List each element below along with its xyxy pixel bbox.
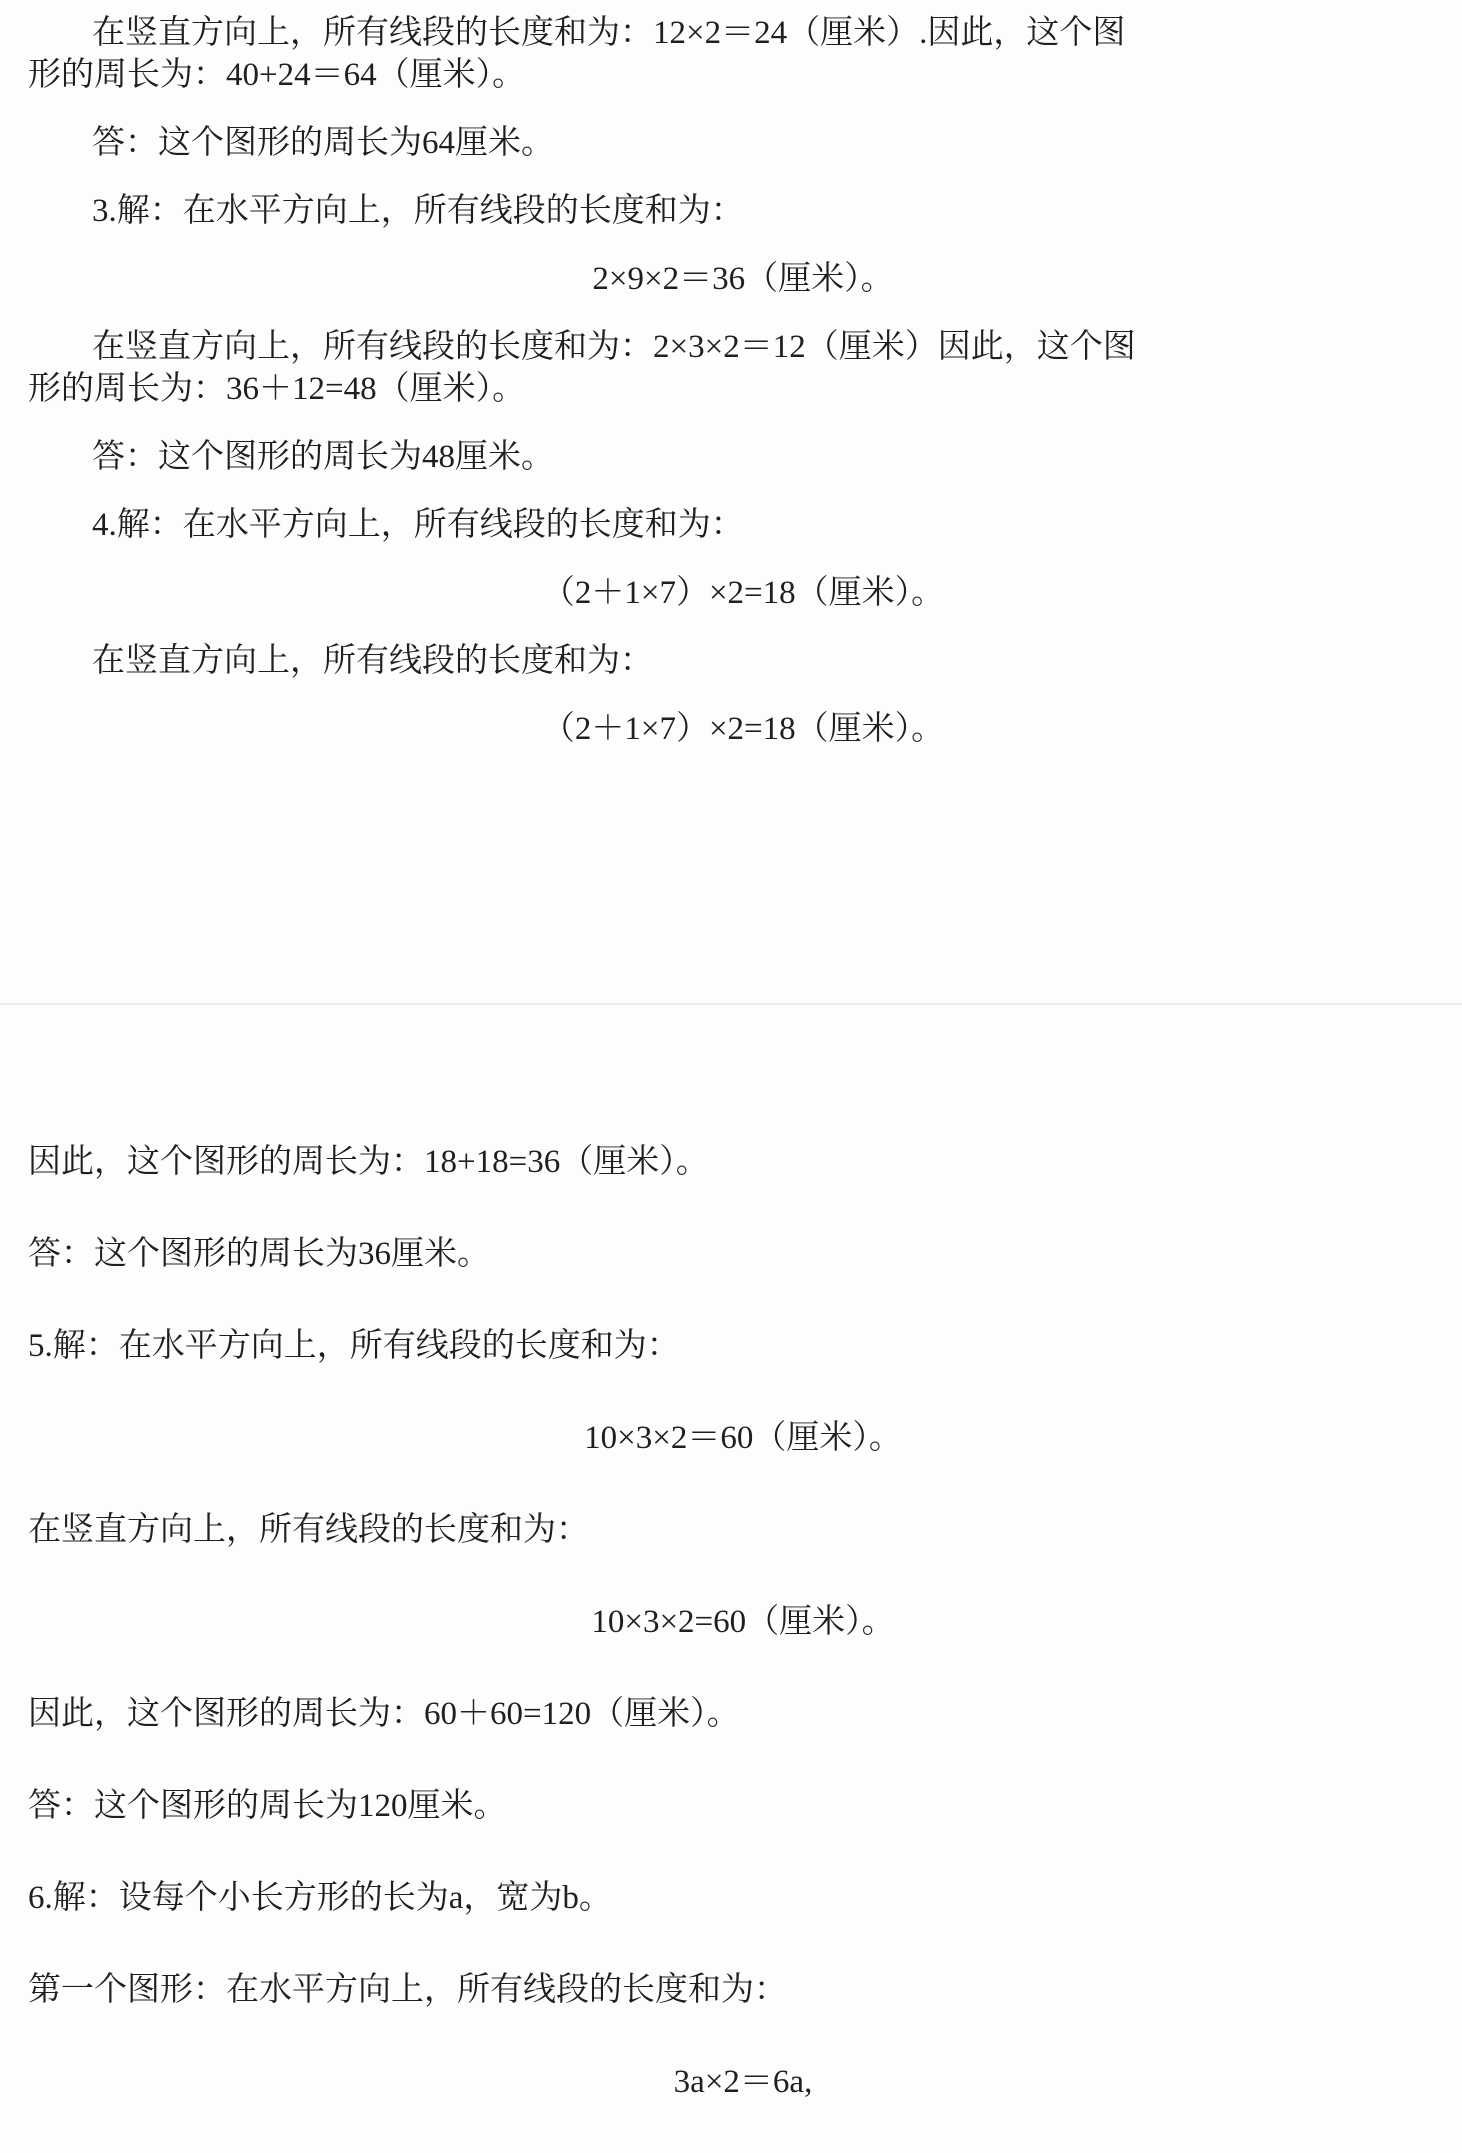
scanned-page-1: 在竖直方向上，所有线段的长度和为：12×2＝24（厘米）.因此，这个图 形的周长… [0, 0, 1462, 750]
problem3-horizontal-equation: 2×9×2＝36（厘米）。 [28, 258, 1458, 300]
problem4-vertical-equation: （2＋1×7）×2=18（厘米）。 [28, 708, 1458, 750]
problem5-conclusion-line: 因此，这个图形的周长为：60＋60=120（厘米）。 [28, 1693, 1458, 1735]
answer4-line: 答：这个图形的周长为36厘米。 [28, 1233, 1458, 1275]
answer5-line: 答：这个图形的周长为120厘米。 [28, 1785, 1458, 1827]
problem6-heading: 6.解：设每个小长方形的长为a，宽为b。 [28, 1877, 1458, 1919]
solution2-vertical-paragraph: 在竖直方向上，所有线段的长度和为：12×2＝24（厘米）.因此，这个图 形的周长… [28, 12, 1458, 96]
problem6-horizontal-equation: 3a×2＝6a, [28, 2061, 1458, 2103]
answer2-line: 答：这个图形的周长为64厘米。 [28, 122, 1458, 164]
solution3-vertical-line1: 在竖直方向上，所有线段的长度和为：2×3×2＝12（厘米）因此，这个图 [28, 326, 1458, 368]
answer3-line: 答：这个图形的周长为48厘米。 [28, 436, 1458, 478]
problem5-heading: 5.解：在水平方向上，所有线段的长度和为： [28, 1325, 1458, 1367]
problem5-vertical-intro: 在竖直方向上，所有线段的长度和为： [28, 1509, 1458, 1551]
solution2-vertical-line2: 形的周长为：40+24＝64（厘米）。 [28, 54, 1458, 96]
scanned-page-2: 因此，这个图形的周长为：18+18=36（厘米）。 答：这个图形的周长为36厘米… [0, 1005, 1462, 2103]
problem6-figure1-intro: 第一个图形：在水平方向上，所有线段的长度和为： [28, 1969, 1458, 2011]
problem5-horizontal-equation: 10×3×2＝60（厘米）。 [28, 1417, 1458, 1459]
problem4-heading: 4.解：在水平方向上，所有线段的长度和为： [28, 504, 1458, 546]
problem4-horizontal-equation: （2＋1×7）×2=18（厘米）。 [28, 572, 1458, 614]
document-page: 在竖直方向上，所有线段的长度和为：12×2＝24（厘米）.因此，这个图 形的周长… [0, 0, 1462, 2153]
solution3-vertical-line2: 形的周长为：36＋12=48（厘米）。 [28, 368, 1458, 410]
problem5-vertical-equation: 10×3×2=60（厘米）。 [28, 1601, 1458, 1643]
problem3-heading: 3.解：在水平方向上，所有线段的长度和为： [28, 190, 1458, 232]
solution2-vertical-line1: 在竖直方向上，所有线段的长度和为：12×2＝24（厘米）.因此，这个图 [28, 12, 1458, 54]
problem4-conclusion-line: 因此，这个图形的周长为：18+18=36（厘米）。 [28, 1141, 1458, 1183]
solution3-vertical-paragraph: 在竖直方向上，所有线段的长度和为：2×3×2＝12（厘米）因此，这个图 形的周长… [28, 326, 1458, 410]
problem4-vertical-intro: 在竖直方向上，所有线段的长度和为： [28, 640, 1458, 682]
